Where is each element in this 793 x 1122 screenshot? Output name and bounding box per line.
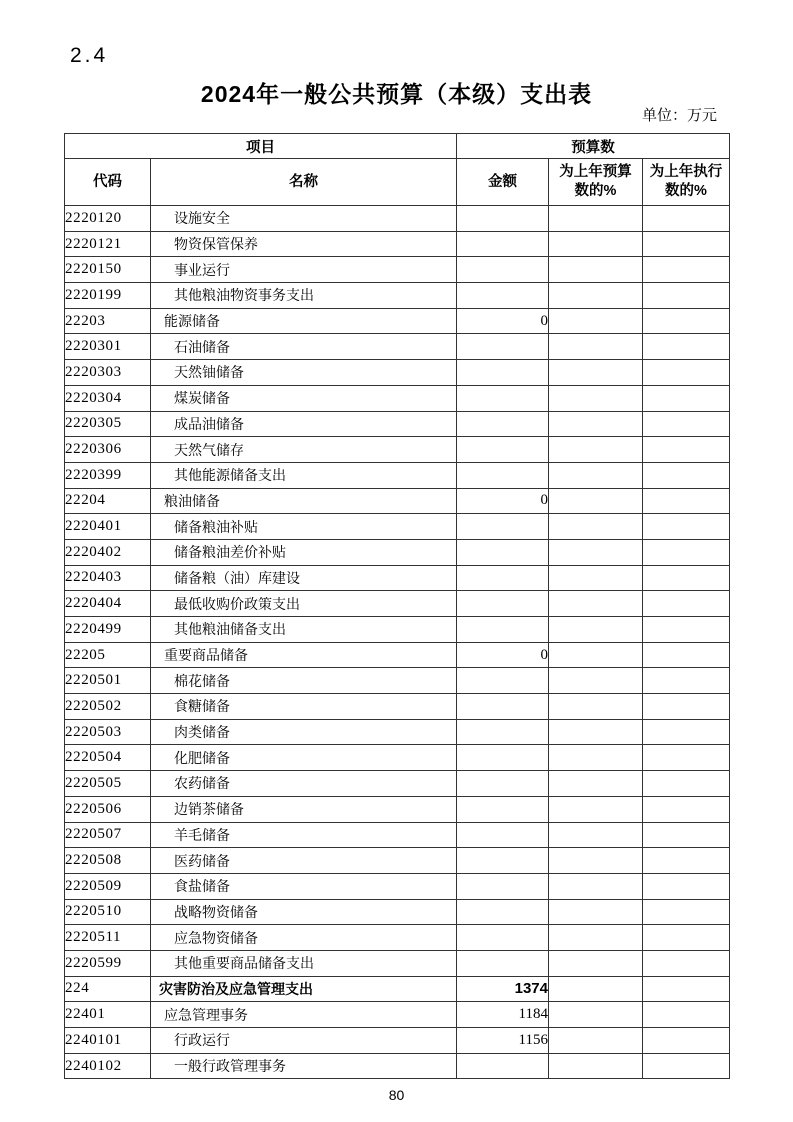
pct-exec-cell xyxy=(643,462,730,488)
name-cell: 肉类储备 xyxy=(151,719,457,745)
table-row: 22205重要商品储备0 xyxy=(65,642,730,668)
code-cell: 2220511 xyxy=(65,925,151,951)
name-cell: 应急物资储备 xyxy=(151,925,457,951)
amount-cell: 1184 xyxy=(457,1002,549,1028)
pct-budget-cell xyxy=(549,360,643,386)
code-cell: 2220402 xyxy=(65,539,151,565)
table-row: 2240102一般行政管理事务 xyxy=(65,1053,730,1079)
table-row: 2220305成品油储备 xyxy=(65,411,730,437)
pct-budget-cell xyxy=(549,976,643,1002)
name-cell: 天然铀储备 xyxy=(151,360,457,386)
pct-budget-cell xyxy=(549,796,643,822)
name-cell: 应急管理事务 xyxy=(151,1002,457,1028)
amount-cell xyxy=(457,591,549,617)
code-cell: 22203 xyxy=(65,308,151,334)
pct-budget-cell xyxy=(549,514,643,540)
pct-exec-cell xyxy=(643,694,730,720)
budget-table-body: 2220120设施安全2220121物资保管保养2220150事业运行22201… xyxy=(65,206,730,1079)
name-cell: 食盐储备 xyxy=(151,873,457,899)
pct-exec-cell xyxy=(643,591,730,617)
pct-budget-cell xyxy=(549,385,643,411)
code-cell: 2220303 xyxy=(65,360,151,386)
table-row: 2220199其他粮油物资事务支出 xyxy=(65,283,730,309)
pct-budget-cell xyxy=(549,925,643,951)
name-cell: 重要商品储备 xyxy=(151,642,457,668)
pct-exec-cell xyxy=(643,1002,730,1028)
name-cell: 医药储备 xyxy=(151,848,457,874)
table-row: 2220306天然气储存 xyxy=(65,437,730,463)
amount-cell xyxy=(457,411,549,437)
table-row: 2220511应急物资储备 xyxy=(65,925,730,951)
pct-budget-cell xyxy=(549,899,643,925)
code-cell: 2220306 xyxy=(65,437,151,463)
pct-budget-cell xyxy=(549,231,643,257)
header-pct-budget: 为上年预算 数的% xyxy=(549,159,643,206)
pct-exec-cell xyxy=(643,719,730,745)
name-cell: 能源储备 xyxy=(151,308,457,334)
amount-cell xyxy=(457,360,549,386)
code-cell: 2220121 xyxy=(65,231,151,257)
amount-cell: 1374 xyxy=(457,976,549,1002)
code-cell: 2220507 xyxy=(65,822,151,848)
code-cell: 22204 xyxy=(65,488,151,514)
table-row: 2220402储备粮油差价补贴 xyxy=(65,539,730,565)
header-item-group: 项目 xyxy=(65,134,457,159)
amount-cell xyxy=(457,206,549,232)
amount-cell xyxy=(457,925,549,951)
table-row: 22204粮油储备0 xyxy=(65,488,730,514)
pct-budget-cell xyxy=(549,488,643,514)
amount-cell xyxy=(457,283,549,309)
name-cell: 储备粮油补贴 xyxy=(151,514,457,540)
table-row: 2220499其他粮油储备支出 xyxy=(65,617,730,643)
table-row: 224灾害防治及应急管理支出1374 xyxy=(65,976,730,1002)
pct-budget-cell xyxy=(549,873,643,899)
code-cell: 2220509 xyxy=(65,873,151,899)
pct-budget-cell xyxy=(549,719,643,745)
document-page: 2.4 2024年一般公共预算（本级）支出表 单位：万元 项目 预算数 代码 名… xyxy=(0,0,793,1122)
table-row: 2220510战略物资储备 xyxy=(65,899,730,925)
code-cell: 2220499 xyxy=(65,617,151,643)
name-cell: 物资保管保养 xyxy=(151,231,457,257)
pct-budget-cell xyxy=(549,283,643,309)
pct-budget-cell xyxy=(549,206,643,232)
table-row: 2220304煤炭储备 xyxy=(65,385,730,411)
table-row: 2220301石油储备 xyxy=(65,334,730,360)
name-cell: 灾害防治及应急管理支出 xyxy=(151,976,457,1002)
table-row: 2220404最低收购价政策支出 xyxy=(65,591,730,617)
code-cell: 22401 xyxy=(65,1002,151,1028)
amount-cell: 0 xyxy=(457,642,549,668)
name-cell: 食糖储备 xyxy=(151,694,457,720)
table-row: 2220403储备粮（油）库建设 xyxy=(65,565,730,591)
name-cell: 其他粮油储备支出 xyxy=(151,617,457,643)
header-group-row: 项目 预算数 xyxy=(65,134,730,159)
header-name: 名称 xyxy=(151,159,457,206)
amount-cell: 1156 xyxy=(457,1028,549,1054)
table-row: 22401应急管理事务1184 xyxy=(65,1002,730,1028)
name-cell: 棉花储备 xyxy=(151,668,457,694)
pct-exec-cell xyxy=(643,231,730,257)
table-row: 2220504化肥储备 xyxy=(65,745,730,771)
table-row: 2220502食糖储备 xyxy=(65,694,730,720)
amount-cell xyxy=(457,231,549,257)
pct-exec-cell xyxy=(643,488,730,514)
pct-budget-cell xyxy=(549,694,643,720)
name-cell: 事业运行 xyxy=(151,257,457,283)
name-cell: 煤炭储备 xyxy=(151,385,457,411)
pct-exec-cell xyxy=(643,1028,730,1054)
code-cell: 2220503 xyxy=(65,719,151,745)
pct-exec-cell xyxy=(643,745,730,771)
pct-budget-cell xyxy=(549,565,643,591)
table-row: 2220303天然铀储备 xyxy=(65,360,730,386)
page-number: 80 xyxy=(0,1087,793,1103)
table-row: 2220120设施安全 xyxy=(65,206,730,232)
pct-budget-cell xyxy=(549,334,643,360)
code-cell: 2220199 xyxy=(65,283,151,309)
header-columns-row: 代码 名称 金额 为上年预算 数的% 为上年执行 数的% xyxy=(65,159,730,206)
name-cell: 一般行政管理事务 xyxy=(151,1053,457,1079)
pct-budget-cell xyxy=(549,462,643,488)
amount-cell xyxy=(457,565,549,591)
pct-budget-cell xyxy=(549,539,643,565)
table-row: 2220150事业运行 xyxy=(65,257,730,283)
table-row: 2220506边销茶储备 xyxy=(65,796,730,822)
code-cell: 2220120 xyxy=(65,206,151,232)
amount-cell xyxy=(457,257,549,283)
pct-exec-cell xyxy=(643,385,730,411)
code-cell: 2220501 xyxy=(65,668,151,694)
table-row: 2240101行政运行1156 xyxy=(65,1028,730,1054)
pct-budget-cell xyxy=(549,642,643,668)
amount-cell xyxy=(457,385,549,411)
name-cell: 储备粮油差价补贴 xyxy=(151,539,457,565)
name-cell: 成品油储备 xyxy=(151,411,457,437)
amount-cell xyxy=(457,873,549,899)
name-cell: 粮油储备 xyxy=(151,488,457,514)
header-pct-budget-line1: 为上年预算 xyxy=(559,164,632,180)
code-cell: 2220506 xyxy=(65,796,151,822)
pct-exec-cell xyxy=(643,539,730,565)
pct-exec-cell xyxy=(643,206,730,232)
pct-exec-cell xyxy=(643,822,730,848)
table-row: 2220121物资保管保养 xyxy=(65,231,730,257)
table-row: 2220401储备粮油补贴 xyxy=(65,514,730,540)
pct-exec-cell xyxy=(643,1053,730,1079)
header-amount: 金额 xyxy=(457,159,549,206)
pct-exec-cell xyxy=(643,437,730,463)
pct-budget-cell xyxy=(549,950,643,976)
table-row: 2220399其他能源储备支出 xyxy=(65,462,730,488)
name-cell: 其他重要商品储备支出 xyxy=(151,950,457,976)
budget-table: 项目 预算数 代码 名称 金额 为上年预算 数的% 为上年执行 数的% 2220… xyxy=(64,133,730,1079)
pct-exec-cell xyxy=(643,514,730,540)
amount-cell xyxy=(457,617,549,643)
name-cell: 最低收购价政策支出 xyxy=(151,591,457,617)
pct-budget-cell xyxy=(549,745,643,771)
name-cell: 边销茶储备 xyxy=(151,796,457,822)
code-cell: 22205 xyxy=(65,642,151,668)
table-row: 22203能源储备0 xyxy=(65,308,730,334)
amount-cell xyxy=(457,745,549,771)
amount-cell xyxy=(457,719,549,745)
amount-cell xyxy=(457,334,549,360)
code-cell: 2240102 xyxy=(65,1053,151,1079)
header-pct-exec: 为上年执行 数的% xyxy=(643,159,730,206)
pct-budget-cell xyxy=(549,771,643,797)
table-row: 2220507羊毛储备 xyxy=(65,822,730,848)
code-cell: 2220505 xyxy=(65,771,151,797)
amount-cell xyxy=(457,514,549,540)
pct-exec-cell xyxy=(643,617,730,643)
code-cell: 2220508 xyxy=(65,848,151,874)
amount-cell xyxy=(457,462,549,488)
header-pct-exec-line1: 为上年执行 xyxy=(650,164,723,180)
code-cell: 2220510 xyxy=(65,899,151,925)
pct-exec-cell xyxy=(643,411,730,437)
section-label: 2.4 xyxy=(70,44,108,68)
code-cell: 2220301 xyxy=(65,334,151,360)
pct-exec-cell xyxy=(643,848,730,874)
amount-cell xyxy=(457,668,549,694)
pct-budget-cell xyxy=(549,411,643,437)
pct-exec-cell xyxy=(643,257,730,283)
header-pct-budget-line2: 数的% xyxy=(575,183,617,199)
pct-exec-cell xyxy=(643,771,730,797)
pct-exec-cell xyxy=(643,796,730,822)
name-cell: 农药储备 xyxy=(151,771,457,797)
code-cell: 2220502 xyxy=(65,694,151,720)
pct-budget-cell xyxy=(549,668,643,694)
code-cell: 2220304 xyxy=(65,385,151,411)
pct-budget-cell xyxy=(549,591,643,617)
table-row: 2220505农药储备 xyxy=(65,771,730,797)
amount-cell xyxy=(457,771,549,797)
pct-budget-cell xyxy=(549,1002,643,1028)
code-cell: 2220404 xyxy=(65,591,151,617)
pct-exec-cell xyxy=(643,334,730,360)
header-budget-group: 预算数 xyxy=(457,134,730,159)
pct-budget-cell xyxy=(549,848,643,874)
amount-cell xyxy=(457,694,549,720)
table-row: 2220509食盐储备 xyxy=(65,873,730,899)
code-cell: 2220305 xyxy=(65,411,151,437)
pct-budget-cell xyxy=(549,1053,643,1079)
code-cell: 224 xyxy=(65,976,151,1002)
pct-exec-cell xyxy=(643,899,730,925)
amount-cell xyxy=(457,822,549,848)
amount-cell xyxy=(457,1053,549,1079)
name-cell: 石油储备 xyxy=(151,334,457,360)
name-cell: 天然气储存 xyxy=(151,437,457,463)
pct-exec-cell xyxy=(643,360,730,386)
code-cell: 2220150 xyxy=(65,257,151,283)
name-cell: 战略物资储备 xyxy=(151,899,457,925)
pct-budget-cell xyxy=(549,437,643,463)
name-cell: 储备粮（油）库建设 xyxy=(151,565,457,591)
name-cell: 其他能源储备支出 xyxy=(151,462,457,488)
code-cell: 2240101 xyxy=(65,1028,151,1054)
pct-exec-cell xyxy=(643,283,730,309)
name-cell: 设施安全 xyxy=(151,206,457,232)
amount-cell xyxy=(457,539,549,565)
name-cell: 行政运行 xyxy=(151,1028,457,1054)
code-cell: 2220399 xyxy=(65,462,151,488)
pct-budget-cell xyxy=(549,822,643,848)
table-row: 2220503肉类储备 xyxy=(65,719,730,745)
pct-exec-cell xyxy=(643,925,730,951)
amount-cell xyxy=(457,437,549,463)
pct-exec-cell xyxy=(643,642,730,668)
name-cell: 其他粮油物资事务支出 xyxy=(151,283,457,309)
name-cell: 化肥储备 xyxy=(151,745,457,771)
pct-exec-cell xyxy=(643,308,730,334)
pct-exec-cell xyxy=(643,668,730,694)
table-row: 2220599其他重要商品储备支出 xyxy=(65,950,730,976)
pct-exec-cell xyxy=(643,976,730,1002)
pct-exec-cell xyxy=(643,950,730,976)
table-row: 2220508医药储备 xyxy=(65,848,730,874)
code-cell: 2220403 xyxy=(65,565,151,591)
amount-cell: 0 xyxy=(457,308,549,334)
amount-cell xyxy=(457,848,549,874)
pct-exec-cell xyxy=(643,873,730,899)
table-row: 2220501棉花储备 xyxy=(65,668,730,694)
name-cell: 羊毛储备 xyxy=(151,822,457,848)
pct-budget-cell xyxy=(549,1028,643,1054)
pct-budget-cell xyxy=(549,257,643,283)
code-cell: 2220504 xyxy=(65,745,151,771)
code-cell: 2220599 xyxy=(65,950,151,976)
header-pct-exec-line2: 数的% xyxy=(665,183,707,199)
unit-note: 单位：万元 xyxy=(642,104,717,125)
code-cell: 2220401 xyxy=(65,514,151,540)
header-code: 代码 xyxy=(65,159,151,206)
amount-cell: 0 xyxy=(457,488,549,514)
amount-cell xyxy=(457,950,549,976)
amount-cell xyxy=(457,796,549,822)
pct-exec-cell xyxy=(643,565,730,591)
pct-budget-cell xyxy=(549,617,643,643)
pct-budget-cell xyxy=(549,308,643,334)
budget-table-header: 项目 预算数 代码 名称 金额 为上年预算 数的% 为上年执行 数的% xyxy=(65,134,730,206)
amount-cell xyxy=(457,899,549,925)
